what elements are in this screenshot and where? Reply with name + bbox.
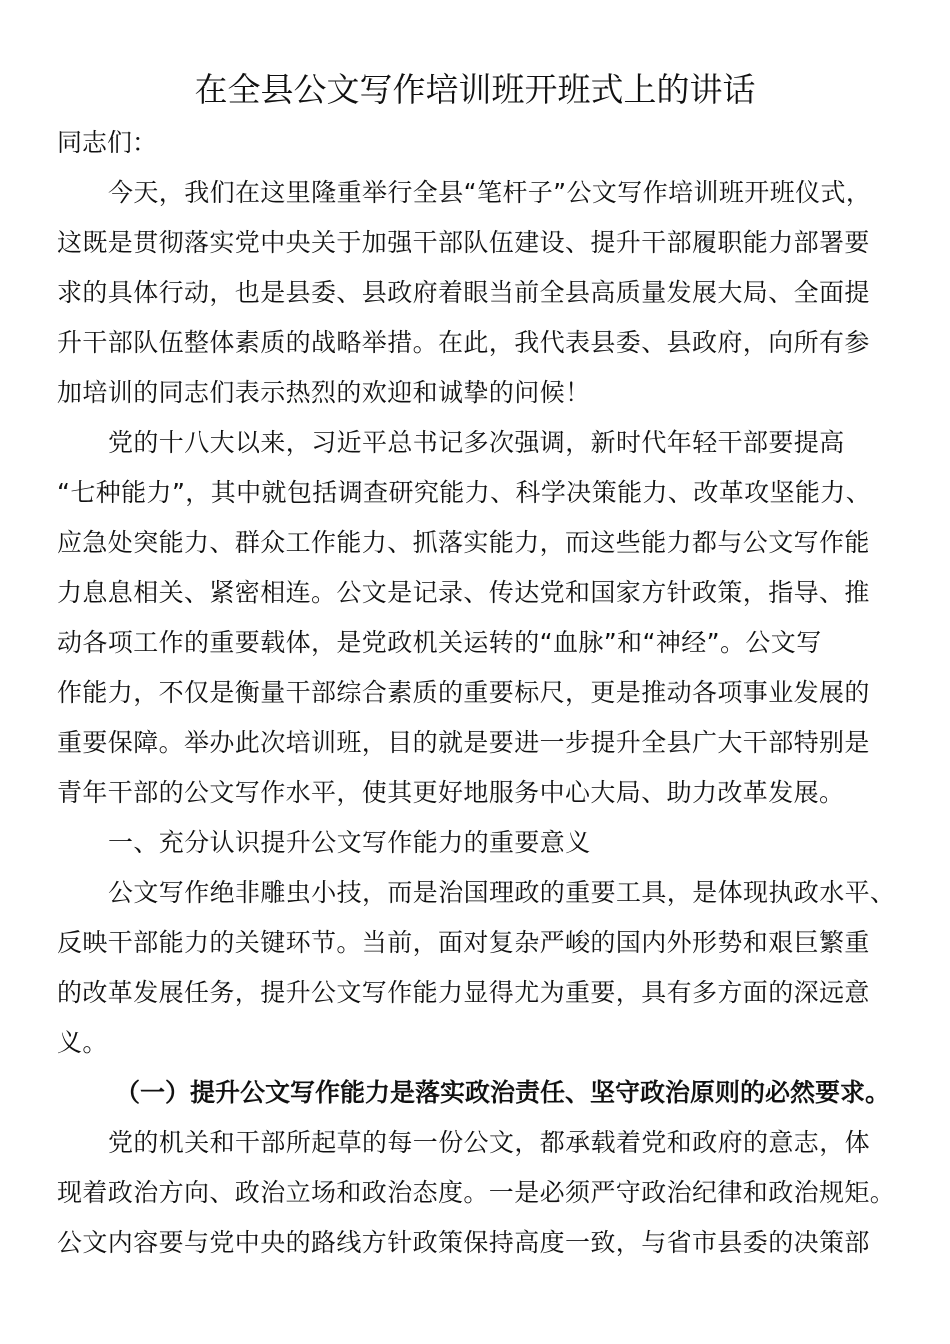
text-line: 今天，我们在这里隆重举行全县“笔杆子”公文写作培训班开班仪式， bbox=[57, 168, 893, 218]
text-line: 应急处突能力、群众工作能力、抓落实能力，而这些能力都与公文写作能 bbox=[57, 518, 893, 568]
text-line: 力息息相关、紧密相连。公文是记录、传达党和国家方针政策，指导、推 bbox=[57, 568, 893, 618]
document-page: 在全县公文写作培训班开班式上的讲话 同志们： 今天，我们在这里隆重举行全县“笔杆… bbox=[57, 62, 893, 1268]
text-line: 这既是贯彻落实党中央关于加强干部队伍建设、提升干部履职能力部署要 bbox=[57, 218, 893, 268]
document-body: 今天，我们在这里隆重举行全县“笔杆子”公文写作培训班开班仪式，这既是贯彻落实党中… bbox=[57, 168, 893, 1268]
text-line: 现着政治方向、政治立场和政治态度。一是必须严守政治纪律和政治规矩。 bbox=[57, 1168, 893, 1218]
text-line: （一）提升公文写作能力是落实政治责任、坚守政治原则的必然要求。 bbox=[115, 1068, 893, 1118]
subsection-heading: （一）提升公文写作能力是落实政治责任、坚守政治原则的必然要求。 bbox=[57, 1068, 893, 1118]
text-line: 党的十八大以来，习近平总书记多次强调，新时代年轻干部要提高 bbox=[57, 418, 893, 468]
text-line: 加培训的同志们表示热烈的欢迎和诚挚的问候！ bbox=[57, 368, 893, 418]
body-paragraph: 今天，我们在这里隆重举行全县“笔杆子”公文写作培训班开班仪式，这既是贯彻落实党中… bbox=[57, 168, 893, 418]
text-line: 的改革发展任务，提升公文写作能力显得尤为重要，具有多方面的深远意 bbox=[57, 968, 893, 1018]
text-line: 作能力，不仅是衡量干部综合素质的重要标尺，更是推动各项事业发展的 bbox=[57, 668, 893, 718]
text-line: 公文内容要与党中央的路线方针政策保持高度一致，与省市县委的决策部 bbox=[57, 1218, 893, 1268]
body-paragraph: 公文写作绝非雕虫小技，而是治国理政的重要工具，是体现执政水平、反映干部能力的关键… bbox=[57, 868, 893, 1068]
salutation: 同志们： bbox=[57, 118, 893, 168]
text-line: 求的具体行动，也是县委、县政府着眼当前全县高质量发展大局、全面提 bbox=[57, 268, 893, 318]
body-paragraph: 党的机关和干部所起草的每一份公文，都承载着党和政府的意志，体现着政治方向、政治立… bbox=[57, 1118, 893, 1268]
text-line: 义。 bbox=[57, 1018, 893, 1068]
text-line: 青年干部的公文写作水平，使其更好地服务中心大局、助力改革发展。 bbox=[57, 768, 893, 818]
text-line: 重要保障。举办此次培训班，目的就是要进一步提升全县广大干部特别是 bbox=[57, 718, 893, 768]
text-line: 一、充分认识提升公文写作能力的重要意义 bbox=[57, 818, 893, 868]
text-line: 升干部队伍整体素质的战略举措。在此，我代表县委、县政府，向所有参 bbox=[57, 318, 893, 368]
section-heading: 一、充分认识提升公文写作能力的重要意义 bbox=[57, 818, 893, 868]
body-paragraph: 党的十八大以来，习近平总书记多次强调，新时代年轻干部要提高“七种能力”，其中就包… bbox=[57, 418, 893, 818]
text-line: “七种能力”，其中就包括调查研究能力、科学决策能力、改革攻坚能力、 bbox=[57, 468, 893, 518]
text-line: 公文写作绝非雕虫小技，而是治国理政的重要工具，是体现执政水平、 bbox=[57, 868, 893, 918]
text-line: 党的机关和干部所起草的每一份公文，都承载着党和政府的意志，体 bbox=[57, 1118, 893, 1168]
text-line: 反映干部能力的关键环节。当前，面对复杂严峻的国内外形势和艰巨繁重 bbox=[57, 918, 893, 968]
text-line: 动各项工作的重要载体，是党政机关运转的“血脉”和“神经”。公文写 bbox=[57, 618, 893, 668]
document-title: 在全县公文写作培训班开班式上的讲话 bbox=[0, 62, 950, 118]
